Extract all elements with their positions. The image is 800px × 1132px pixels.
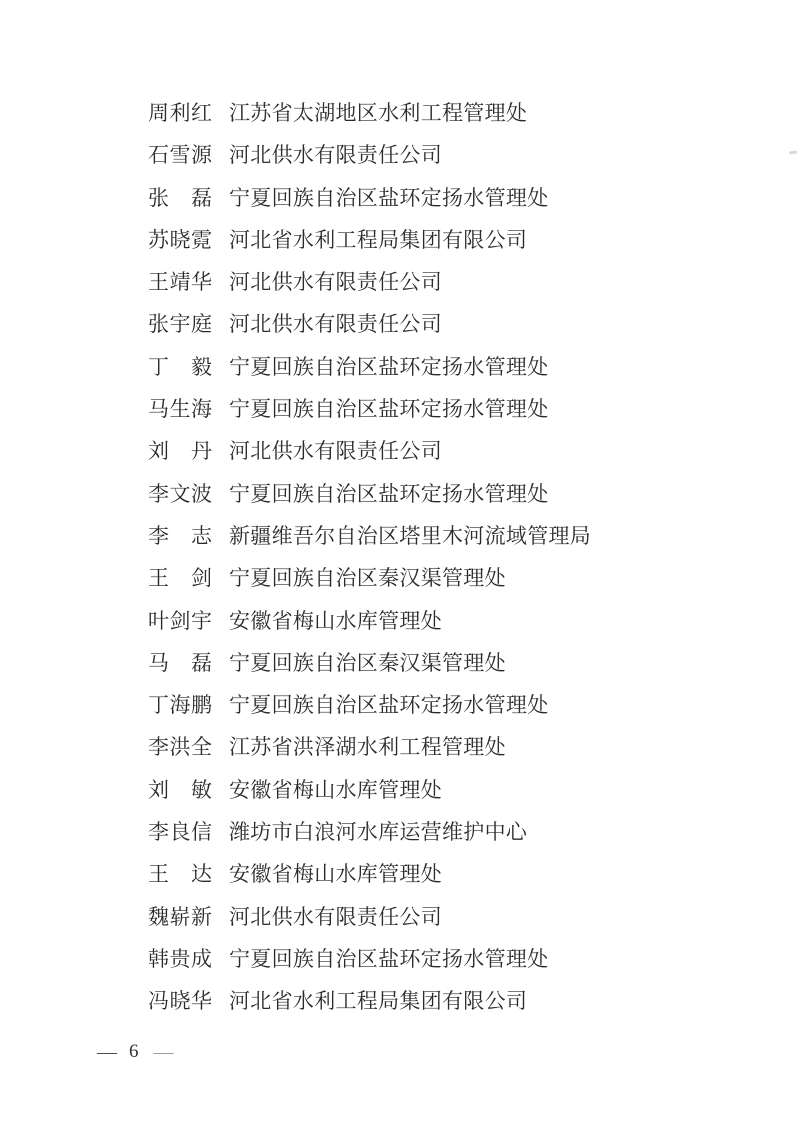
- roster-row: 叶剑宇安徽省梅山水库管理处: [148, 600, 591, 642]
- person-name: 王 剑: [148, 557, 213, 599]
- roster-row: 李洪全江苏省洪泽湖水利工程管理处: [148, 726, 591, 768]
- roster-row: 李文波宁夏回族自治区盐环定扬水管理处: [148, 473, 591, 515]
- roster-row: 王 剑宁夏回族自治区秦汉渠管理处: [148, 557, 591, 599]
- person-name: 石雪源: [148, 134, 213, 176]
- person-name: 魏崭新: [148, 896, 213, 938]
- document-page: 周利红江苏省太湖地区水利工程管理处石雪源河北供水有限责任公司张 磊宁夏回族自治区…: [0, 0, 800, 1132]
- roster-row: 丁 毅宁夏回族自治区盐环定扬水管理处: [148, 346, 591, 388]
- person-name: 刘 丹: [148, 430, 213, 472]
- person-name: 马生海: [148, 388, 213, 430]
- roster-row: 马生海宁夏回族自治区盐环定扬水管理处: [148, 388, 591, 430]
- person-name: 叶剑宇: [148, 600, 213, 642]
- roster-row: 张 磊宁夏回族自治区盐环定扬水管理处: [148, 177, 591, 219]
- organization: 宁夏回族自治区秦汉渠管理处: [229, 557, 506, 599]
- organization: 河北供水有限责任公司: [229, 896, 442, 938]
- organization: 河北省水利工程局集团有限公司: [229, 219, 527, 261]
- organization: 河北供水有限责任公司: [229, 430, 442, 472]
- person-name: 李 志: [148, 515, 213, 557]
- organization: 河北供水有限责任公司: [229, 134, 442, 176]
- organization: 宁夏回族自治区盐环定扬水管理处: [229, 388, 549, 430]
- organization: 宁夏回族自治区盐环定扬水管理处: [229, 346, 549, 388]
- roster-row: 李良信潍坊市白浪河水库运营维护中心: [148, 811, 591, 853]
- organization: 宁夏回族自治区盐环定扬水管理处: [229, 177, 549, 219]
- person-name: 李文波: [148, 473, 213, 515]
- roster-row: 王 达安徽省梅山水库管理处: [148, 853, 591, 895]
- person-name: 张宇庭: [148, 303, 213, 345]
- roster-row: 魏崭新河北供水有限责任公司: [148, 896, 591, 938]
- person-name: 马 磊: [148, 642, 213, 684]
- organization: 江苏省太湖地区水利工程管理处: [229, 92, 527, 134]
- organization: 安徽省梅山水库管理处: [229, 769, 442, 811]
- roster-row: 石雪源河北供水有限责任公司: [148, 134, 591, 176]
- roster-row: 王靖华河北供水有限责任公司: [148, 261, 591, 303]
- scan-artifact: [789, 150, 797, 154]
- organization: 江苏省洪泽湖水利工程管理处: [229, 726, 506, 768]
- organization: 安徽省梅山水库管理处: [229, 600, 442, 642]
- person-name: 苏晓霓: [148, 219, 213, 261]
- person-name: 丁 毅: [148, 346, 213, 388]
- roster-list: 周利红江苏省太湖地区水利工程管理处石雪源河北供水有限责任公司张 磊宁夏回族自治区…: [148, 92, 591, 1023]
- page-footer: — 6 —: [97, 1040, 174, 1064]
- roster-row: 苏晓霓河北省水利工程局集团有限公司: [148, 219, 591, 261]
- organization: 宁夏回族自治区盐环定扬水管理处: [229, 684, 549, 726]
- roster-row: 韩贵成宁夏回族自治区盐环定扬水管理处: [148, 938, 591, 980]
- person-name: 王靖华: [148, 261, 213, 303]
- organization: 宁夏回族自治区秦汉渠管理处: [229, 642, 506, 684]
- person-name: 李良信: [148, 811, 213, 853]
- organization: 潍坊市白浪河水库运营维护中心: [229, 811, 527, 853]
- roster-row: 李 志新疆维吾尔自治区塔里木河流域管理局: [148, 515, 591, 557]
- organization: 宁夏回族自治区盐环定扬水管理处: [229, 473, 549, 515]
- roster-row: 丁海鹏宁夏回族自治区盐环定扬水管理处: [148, 684, 591, 726]
- person-name: 韩贵成: [148, 938, 213, 980]
- organization: 宁夏回族自治区盐环定扬水管理处: [229, 938, 549, 980]
- footer-dash-right: —: [154, 1040, 174, 1064]
- roster-row: 刘 敏安徽省梅山水库管理处: [148, 769, 591, 811]
- person-name: 李洪全: [148, 726, 213, 768]
- roster-row: 冯晓华河北省水利工程局集团有限公司: [148, 980, 591, 1022]
- person-name: 王 达: [148, 853, 213, 895]
- person-name: 张 磊: [148, 177, 213, 219]
- person-name: 冯晓华: [148, 980, 213, 1022]
- page-number: 6: [129, 1040, 139, 1064]
- organization: 河北供水有限责任公司: [229, 261, 442, 303]
- person-name: 丁海鹏: [148, 684, 213, 726]
- organization: 河北供水有限责任公司: [229, 303, 442, 345]
- organization: 安徽省梅山水库管理处: [229, 853, 442, 895]
- person-name: 周利红: [148, 92, 213, 134]
- roster-row: 张宇庭河北供水有限责任公司: [148, 303, 591, 345]
- roster-row: 刘 丹河北供水有限责任公司: [148, 430, 591, 472]
- organization: 河北省水利工程局集团有限公司: [229, 980, 527, 1022]
- footer-dash-left: —: [97, 1040, 117, 1064]
- organization: 新疆维吾尔自治区塔里木河流域管理局: [229, 515, 591, 557]
- roster-row: 马 磊宁夏回族自治区秦汉渠管理处: [148, 642, 591, 684]
- person-name: 刘 敏: [148, 769, 213, 811]
- roster-row: 周利红江苏省太湖地区水利工程管理处: [148, 92, 591, 134]
